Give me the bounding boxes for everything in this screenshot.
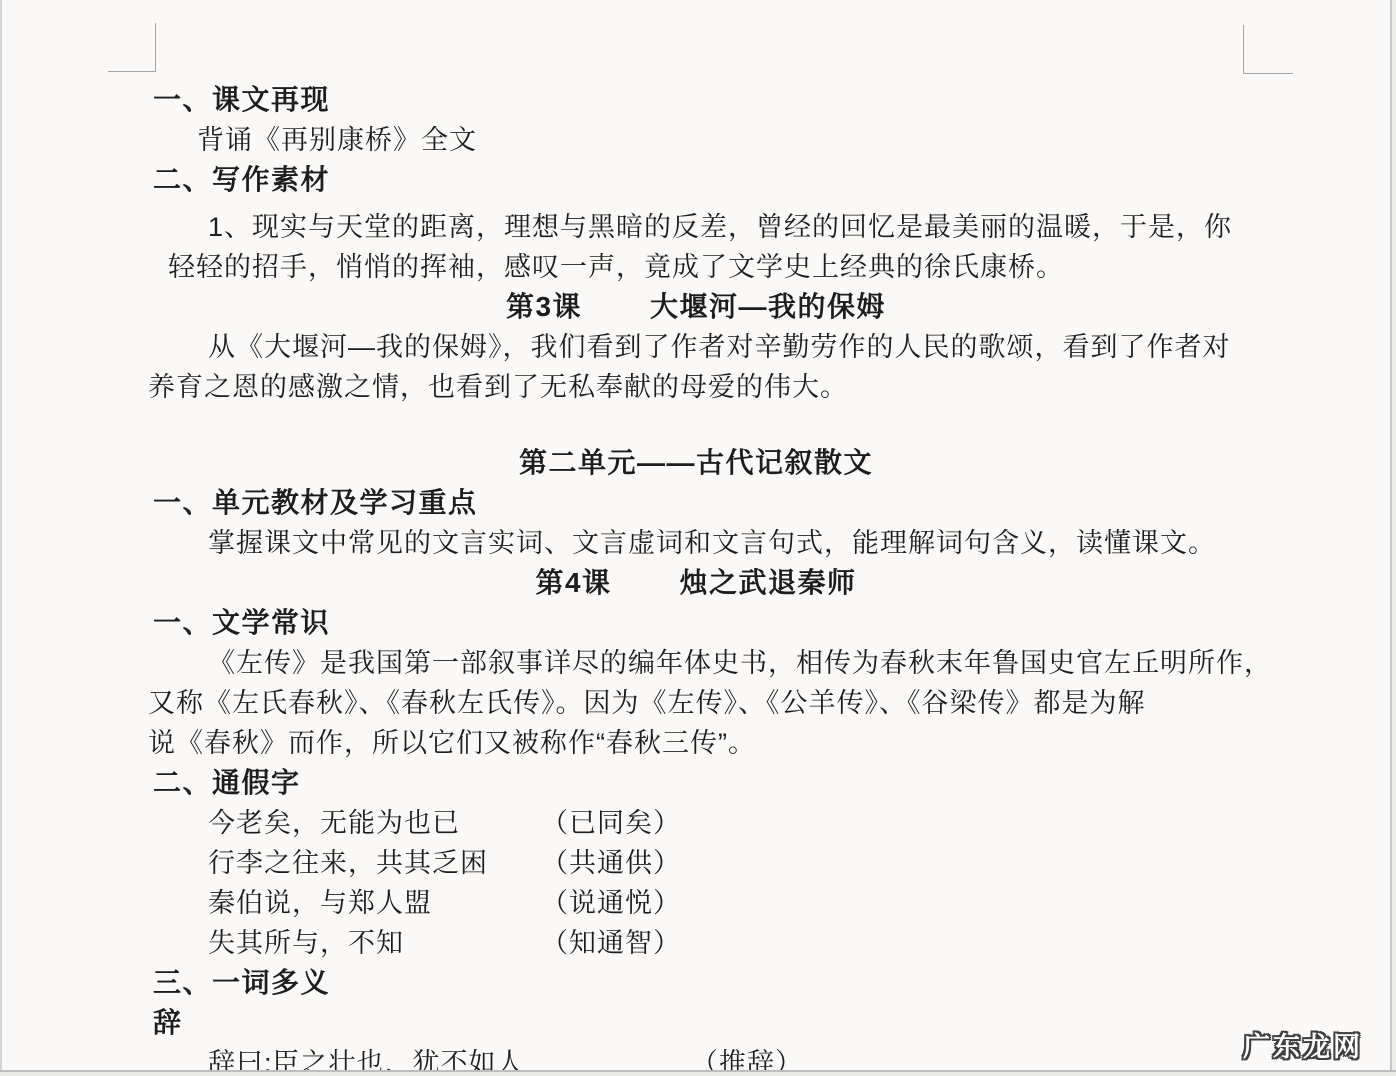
page-edge-right-fill [1392,0,1396,1076]
lesson3-name: 大堰河—我的保姆 [650,291,886,322]
body-recite-text: 背诵《再别康桥》全文 [148,120,1244,160]
tongjiazi-note: （说通悦） [541,888,681,918]
para-writing-material-line1: 1、现实与天堂的距离，理想与黑暗的反差，曾经的回忆是最美丽的温暖，于是，你 [148,207,1244,247]
tongjiazi-phrase: 今老矣，无能为也已 [208,803,541,843]
para-zuozhuan-line3: 说《春秋》而作，所以它们又被称作“春秋三传”。 [148,723,1244,763]
para-lesson3-line1: 从《大堰河—我的保姆》，我们看到了作者对辛勤劳作的人民的歌颂，看到了作者对 [148,327,1244,367]
tongjiazi-entry: 今老矣，无能为也已（已同矣） [148,803,1244,843]
lesson4-number: 第4课 [535,567,611,598]
tongjiazi-phrase: 失其所与，不知 [208,923,541,963]
page-edge-bottom-fill [0,1072,1396,1076]
tongjiazi-phrase: 秦伯说，与郑人盟 [208,883,541,923]
watermark: 广东龙网 [1243,1034,1363,1061]
body-unit-focus: 掌握课文中常见的文言实词、文言虚词和文言句式，能理解词句含义，读懂课文。 [148,523,1244,563]
lesson3-number: 第3课 [506,291,582,322]
document-content: 一、课文再现 背诵《再别康桥》全文 二、写作素材 1、现实与天堂的距离，理想与黑… [148,80,1244,1076]
para-writing-material-line2: 轻轻的招手，悄悄的挥袖，感叹一声，竟成了文学史上经典的徐氏康桥。 [148,247,1244,287]
page-edge-left [0,0,2,1076]
heading-polysemy: 三、一词多义 [148,963,1244,1003]
heading-text-review: 一、课文再现 [148,80,1244,120]
tongjiazi-note: （共通供） [541,848,681,878]
tongjiazi-note: （已同矣） [541,808,681,838]
tongjiazi-entry: 秦伯说，与郑人盟（说通悦） [148,883,1244,923]
unit2-title: 第二单元——古代记叙散文 [148,443,1244,483]
margin-crop-mark-top-left [108,23,156,72]
heading-literary-knowledge: 一、文学常识 [148,603,1244,643]
tongjiazi-entry: 行李之往来，共其乏困（共通供） [148,843,1244,883]
margin-crop-mark-top-right [1243,25,1293,74]
tongjiazi-note: （知通智） [541,928,681,958]
para-lesson3-line2: 养育之恩的感激之情，也看到了无私奉献的母爱的伟大。 [148,367,1244,407]
lesson3-title: 第3课大堰河—我的保姆 [148,287,1244,327]
para-zuozhuan-line2: 又称《左氏春秋》、《春秋左氏传》。因为《左传》、《公羊传》、《谷梁传》都是为解 [148,683,1244,723]
heading-tongjiazi: 二、通假字 [148,763,1244,803]
para-zuozhuan-line1: 《左传》是我国第一部叙事详尽的编年体史书，相传为春秋末年鲁国史官左丘明所作， [148,643,1244,683]
heading-writing-material: 二、写作素材 [148,160,1244,200]
tongjiazi-entry: 失其所与，不知（知通智） [148,923,1244,963]
lesson4-title: 第4课烛之武退秦师 [148,563,1244,603]
polysemy-word-ci: 辞 [148,1003,1244,1043]
tongjiazi-phrase: 行李之往来，共其乏困 [208,843,541,883]
heading-unit-focus: 一、单元教材及学习重点 [148,483,1244,523]
lesson4-name: 烛之武退秦师 [680,567,857,598]
